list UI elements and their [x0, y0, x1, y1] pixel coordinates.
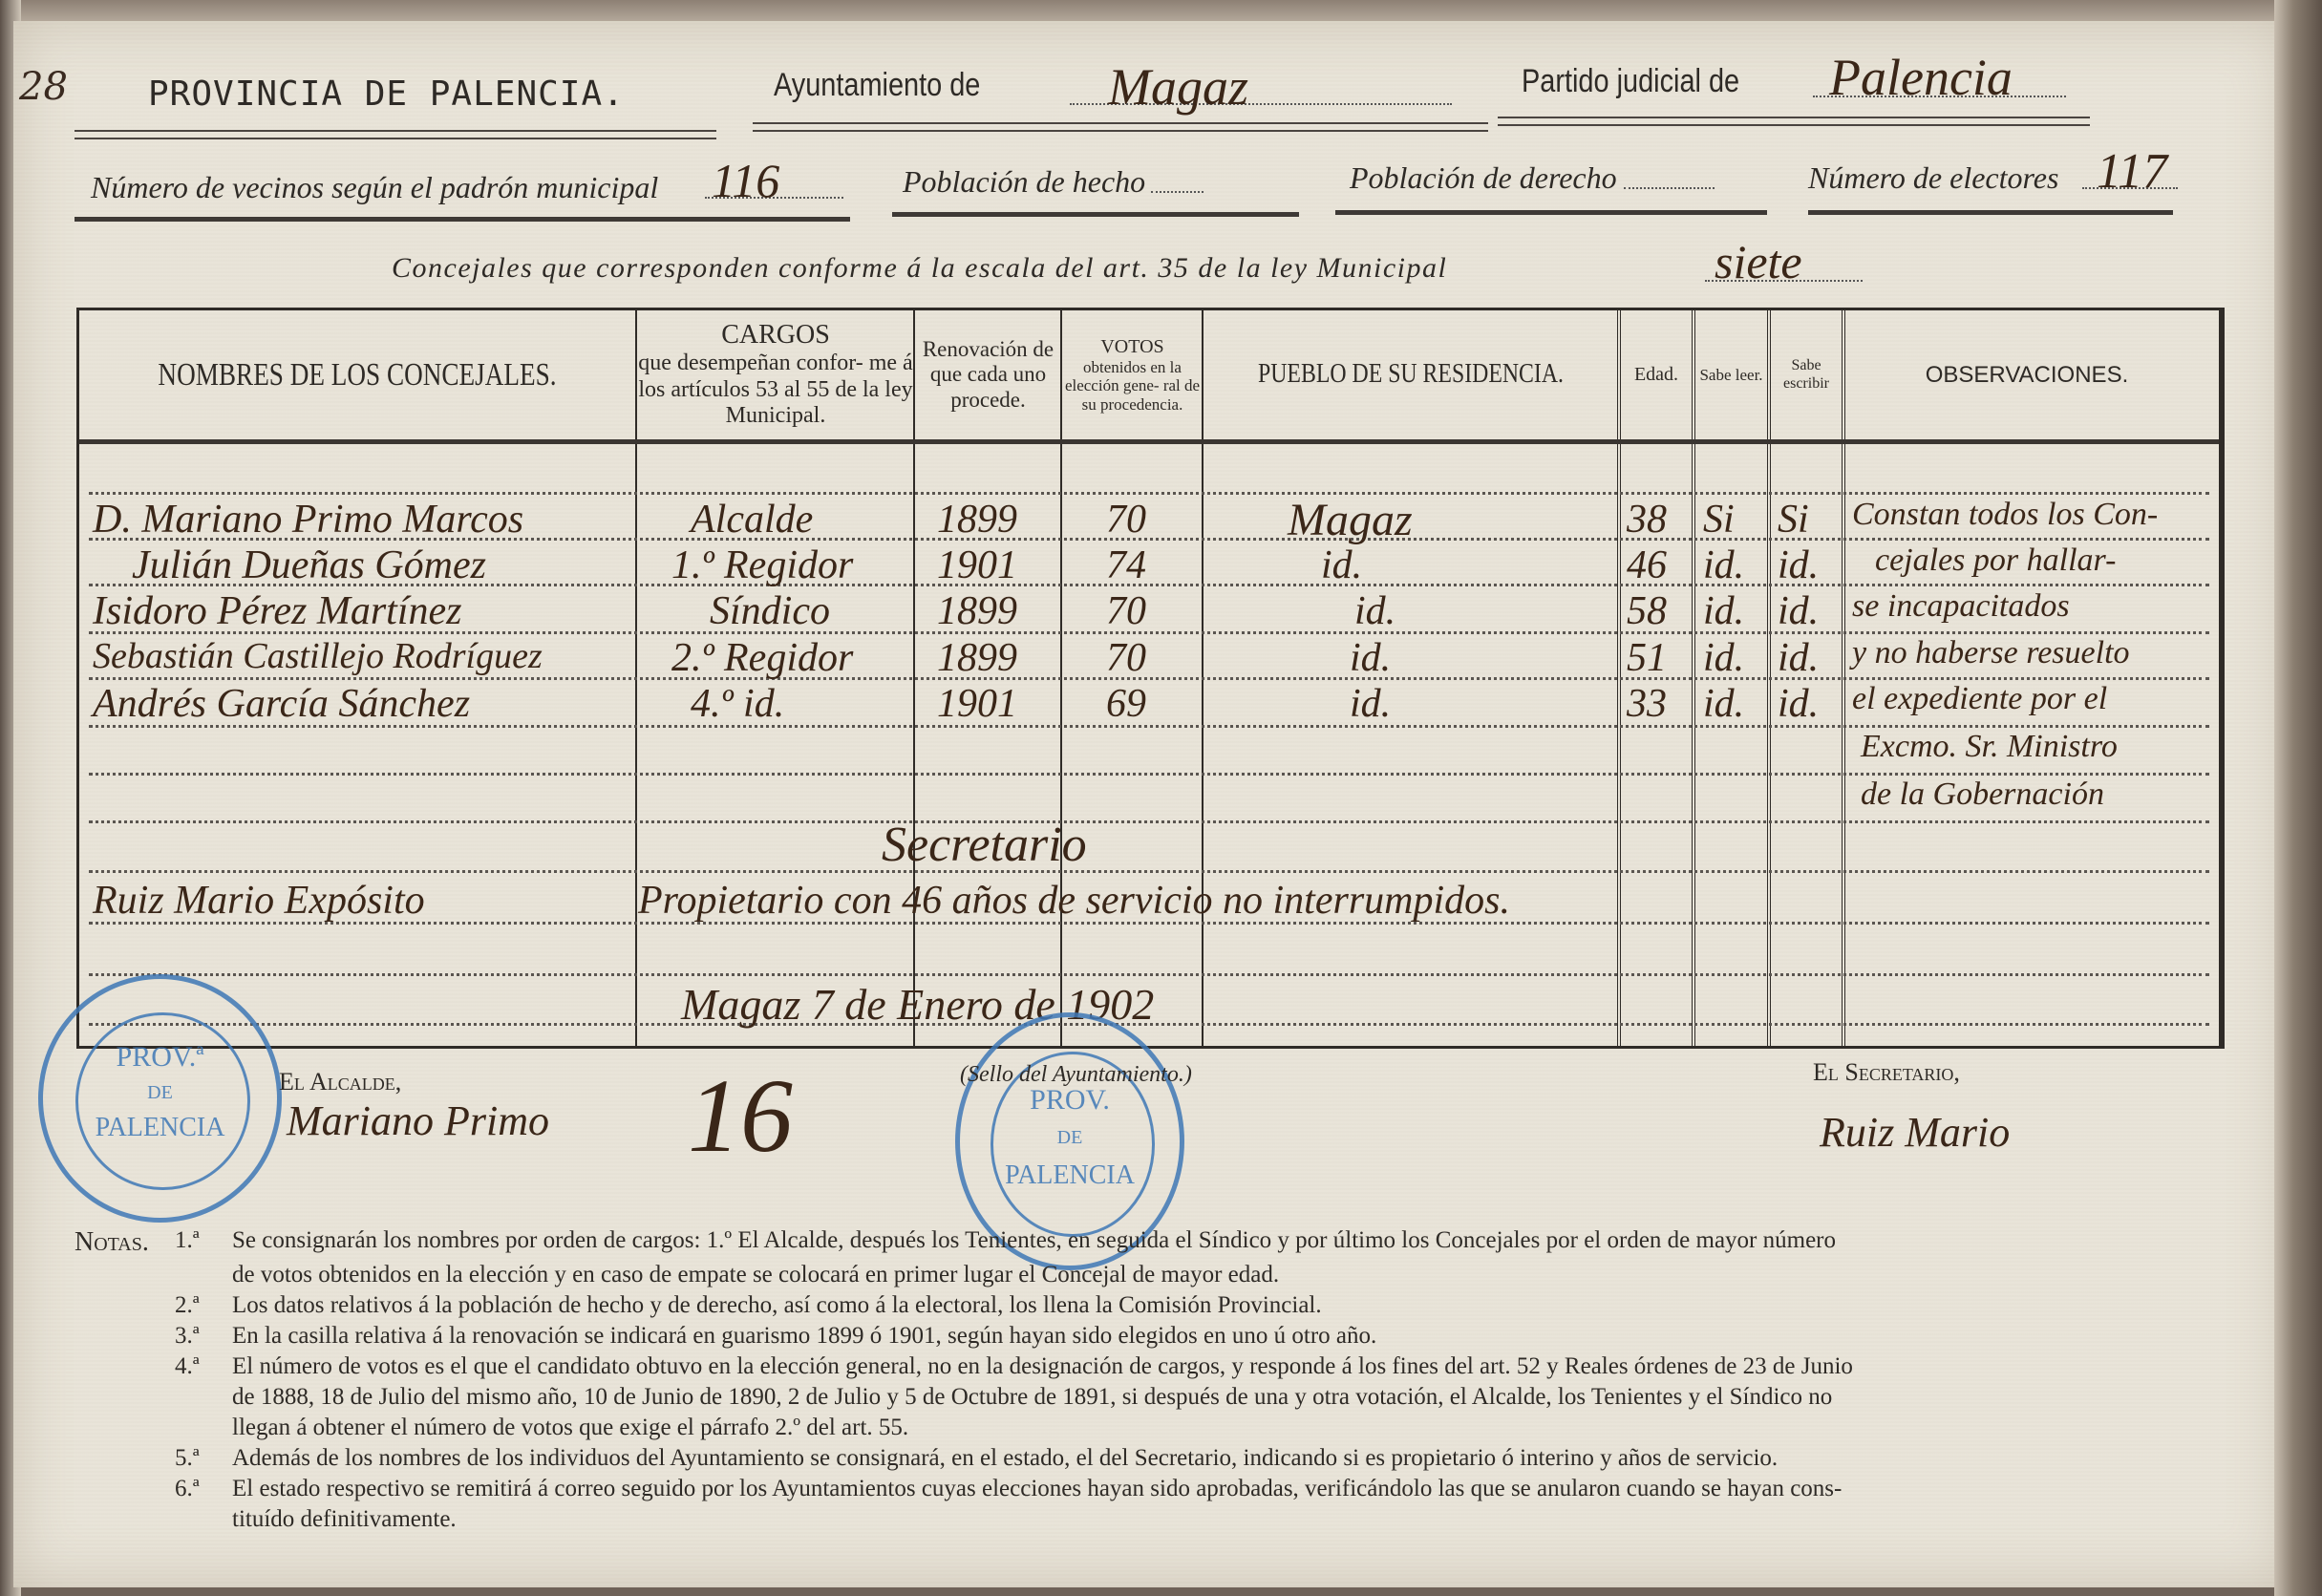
header-cargos-sub: que desempeñan confor- me á los artículo… — [638, 351, 913, 430]
header-pueblo: PUEBLO DE SU RESIDENCIA. — [1235, 310, 1586, 439]
row1-pueblo: Magaz — [1288, 494, 1413, 546]
stamp-text: PALENCIA — [960, 1160, 1180, 1191]
header-sabe-escribir: Sabe escribir — [1771, 310, 1842, 439]
poblacion-derecho-label: Población de derecho — [1350, 160, 1617, 196]
row4-escribir: id. — [1778, 635, 1819, 681]
alcalde-signature: Mariano Primo — [287, 1096, 549, 1145]
row5-cargo: 4.º id. — [691, 681, 784, 727]
row5-renovacion: 1901 — [937, 681, 1017, 727]
note-text: Además de los nombres de los individuos … — [232, 1443, 1778, 1474]
row4-votos: 70 — [1106, 635, 1146, 681]
divider — [753, 122, 1488, 132]
header-observaciones: OBSERVACIONES. — [1845, 310, 2208, 439]
stamp-text: DE — [960, 1127, 1180, 1149]
header-renovacion: Renovación de que cada uno procede. — [916, 310, 1060, 439]
header-votos-title: VOTOS — [1100, 336, 1163, 358]
secretario-heading: Secretario — [882, 817, 1087, 873]
stamp-text: PALENCIA — [43, 1113, 277, 1143]
header-cargos-title: CARGOS — [721, 320, 830, 351]
observaciones-line-6: Excmo. Sr. Ministro — [1861, 729, 2118, 765]
header-votos-sub: obtenidos en la elección gene- ral de su… — [1063, 358, 1202, 415]
row3-edad: 58 — [1627, 588, 1667, 634]
observaciones-line-4: y no haberse resuelto — [1852, 635, 2130, 671]
header-votos: VOTOS obtenidos en la elección gene- ral… — [1063, 310, 1202, 439]
observaciones-line-1: Constan todos los Con- — [1852, 497, 2158, 533]
header-edad: Edad. — [1621, 310, 1692, 439]
note-2: 2.ª Los datos relativos á la población d… — [75, 1290, 2233, 1321]
note-text: tituído definitivamente. — [75, 1504, 2233, 1535]
sello-label: (Sello del Ayuntamiento.) — [960, 1062, 1192, 1088]
row1-edad: 38 — [1627, 497, 1667, 543]
note-text: En la casilla relativa á la renovación s… — [232, 1321, 1376, 1351]
row5-leer: id. — [1703, 681, 1744, 727]
secretario-nombre: Ruiz Mario Expósito — [93, 878, 425, 924]
note-text: Los datos relativos á la población de he… — [232, 1290, 1322, 1321]
folio-mark: 28 — [19, 65, 68, 109]
row2-leer: id. — [1703, 543, 1744, 588]
row4-nombre: Sebastián Castillejo Rodríguez — [93, 635, 543, 677]
note-text: El estado respectivo se remitirá á corre… — [232, 1474, 1842, 1504]
note-text: de votos obtenidos en la elección y en c… — [75, 1260, 2233, 1290]
row4-cargo: 2.º Regidor — [671, 635, 853, 681]
note-number: 4.ª — [175, 1351, 232, 1382]
page-number-handwritten: 16 — [688, 1055, 793, 1177]
divider — [1498, 117, 2090, 126]
row2-cargo: 1.º Regidor — [671, 543, 853, 588]
row2-edad: 46 — [1627, 543, 1667, 588]
row3-cargo: Síndico — [710, 588, 830, 634]
notes-section: Notas. 1.ª Se consignarán los nombres po… — [75, 1225, 2233, 1535]
note-number: 1.ª — [175, 1225, 232, 1260]
concejales-value: siete — [1715, 234, 1802, 289]
note-5: 5.ª Además de los nombres de los individ… — [75, 1443, 2233, 1474]
note-text: El número de votos es el que el candidat… — [232, 1351, 1853, 1382]
province-title: PROVINCIA DE PALENCIA. — [148, 74, 625, 114]
row3-escribir: id. — [1778, 588, 1819, 634]
row5-nombre: Andrés García Sánchez — [93, 681, 470, 727]
note-number: 3.ª — [175, 1321, 232, 1351]
row4-renovacion: 1899 — [937, 635, 1017, 681]
row5-edad: 33 — [1627, 681, 1667, 727]
partido-label: Partido judicial de — [1522, 63, 1739, 100]
row1-escribir: Si — [1778, 497, 1809, 543]
book-page-edges — [2274, 0, 2322, 1596]
note-3: 3.ª En la casilla relativa á la renovaci… — [75, 1321, 2233, 1351]
note-text: llegan á obtener el número de votos que … — [75, 1413, 2233, 1443]
row2-pueblo: id. — [1321, 543, 1362, 588]
row1-votos: 70 — [1106, 497, 1146, 543]
row1-nombre: D. Mariano Primo Marcos — [93, 497, 523, 543]
alcalde-label: El Alcalde, — [279, 1068, 401, 1096]
concejales-table: NOMBRES DE LOS CONCEJALES. CARGOS que de… — [76, 308, 2225, 1049]
row5-escribir: id. — [1778, 681, 1819, 727]
row2-escribir: id. — [1778, 543, 1819, 588]
ayuntamiento-label: Ayuntamiento de — [774, 67, 980, 104]
notes-label: Notas. — [75, 1225, 175, 1260]
observaciones-line-3: se incapacitados — [1852, 588, 2070, 625]
stamp-text: PROV. — [960, 1084, 1180, 1117]
concejales-label: Concejales que corresponden conforme á l… — [392, 252, 1447, 285]
row3-votos: 70 — [1106, 588, 1146, 634]
note-text: de 1888, 18 de Julio del mismo año, 10 d… — [75, 1382, 2233, 1413]
header-nombres: NOMBRES DE LOS CONCEJALES. — [135, 310, 580, 439]
row5-votos: 69 — [1106, 681, 1146, 727]
row4-leer: id. — [1703, 635, 1744, 681]
row1-renovacion: 1899 — [937, 497, 1017, 543]
row2-votos: 74 — [1106, 543, 1146, 588]
partido-value: Palencia — [1829, 48, 2013, 107]
municipal-stamp-left: PROV.ª DE PALENCIA — [38, 974, 282, 1223]
vecinos-label: Número de vecinos según el padrón munici… — [91, 170, 658, 205]
row2-nombre: Julián Dueñas Gómez — [132, 543, 486, 588]
stamp-text: DE — [43, 1082, 277, 1104]
electores-value: 117 — [2097, 143, 2167, 200]
note-1: Notas. 1.ª Se consignarán los nombres po… — [75, 1225, 2233, 1260]
header-sabe-leer: Sabe leer. — [1695, 310, 1767, 439]
secretario-signature: Ruiz Mario — [1820, 1108, 2010, 1157]
observaciones-line-2: cejales por hallar- — [1875, 543, 2116, 579]
ayuntamiento-value: Magaz — [1108, 57, 1248, 117]
row1-leer: Si — [1703, 497, 1735, 543]
note-6: 6.ª El estado respectivo se remitirá á c… — [75, 1474, 2233, 1504]
row3-leer: id. — [1703, 588, 1744, 634]
row1-cargo: Alcalde — [691, 497, 813, 543]
note-number: 2.ª — [175, 1290, 232, 1321]
row3-pueblo: id. — [1354, 588, 1395, 634]
divider — [1808, 210, 2173, 215]
row5-pueblo: id. — [1350, 681, 1391, 727]
divider — [75, 130, 716, 139]
note-4: 4.ª El número de votos es el que el cand… — [75, 1351, 2233, 1382]
vecinos-value: 116 — [712, 153, 779, 208]
divider — [1335, 210, 1767, 215]
poblacion-derecho-field — [1624, 187, 1715, 189]
divider — [892, 212, 1299, 217]
row4-edad: 51 — [1627, 635, 1667, 681]
row3-nombre: Isidoro Pérez Martínez — [93, 588, 462, 634]
row4-pueblo: id. — [1350, 635, 1391, 681]
note-number: 5.ª — [175, 1443, 232, 1474]
row2-renovacion: 1901 — [937, 543, 1017, 588]
header-cargos: CARGOS que desempeñan confor- me á los a… — [638, 310, 913, 439]
note-text: Se consignarán los nombres por orden de … — [232, 1225, 1836, 1260]
poblacion-hecho-label: Población de hecho — [903, 164, 1145, 200]
stamp-text: PROV.ª — [43, 1041, 277, 1074]
secretario-detalle: Propietario con 46 años de servicio no i… — [638, 878, 1510, 924]
poblacion-hecho-field — [1151, 191, 1204, 193]
divider — [75, 217, 850, 222]
note-number: 6.ª — [175, 1474, 232, 1504]
observaciones-line-5: el expediente por el — [1852, 681, 2107, 717]
electores-label: Número de electores — [1808, 160, 2058, 196]
secretario-label: El Secretario, — [1813, 1058, 1960, 1087]
row3-renovacion: 1899 — [937, 588, 1017, 634]
observaciones-line-7: de la Gobernación — [1861, 777, 2104, 813]
